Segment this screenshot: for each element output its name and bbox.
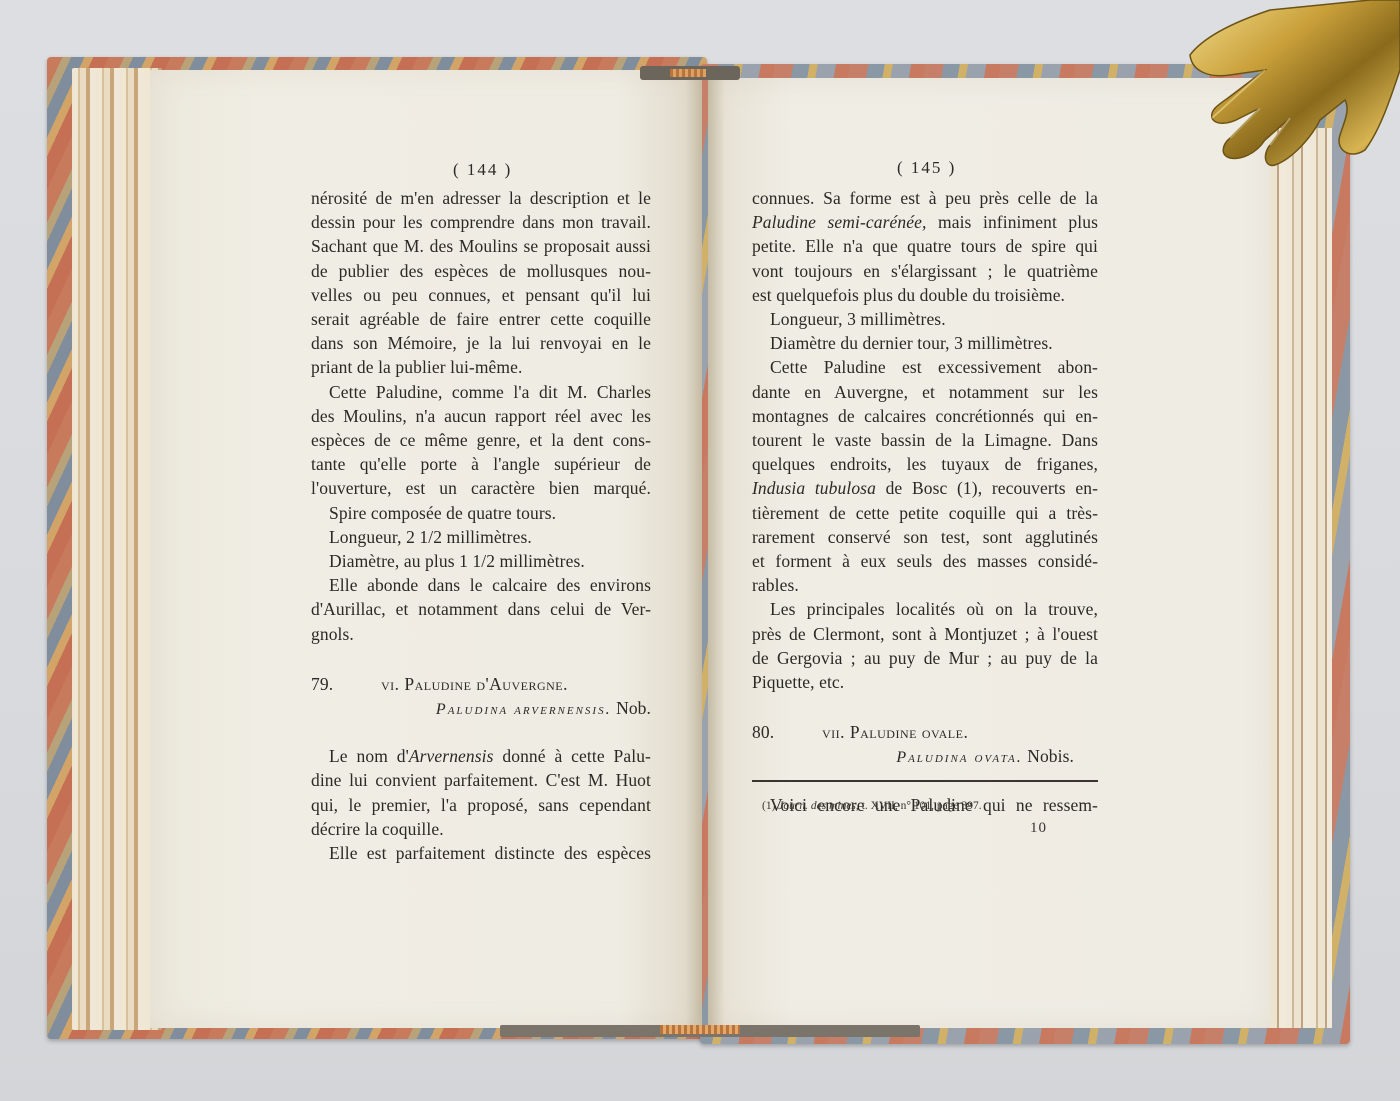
text-line: serait agréable de faire entrer cette co…: [311, 307, 651, 331]
spire-line: Spire composée de quatre tours.: [311, 501, 651, 525]
page-number-left: ( 144 ): [453, 160, 512, 180]
entry-number: 79.: [311, 672, 381, 696]
footnote: (1) Journ. des mines, t. XVII, n° 101, p…: [762, 800, 982, 812]
text-line: Indusia tubulosa de Bosc (1), recouverts…: [752, 476, 1098, 500]
text-line: Les principales localités où on la trouv…: [752, 597, 1098, 621]
text-line: d'Aurillac, et notamment dans celui de V…: [311, 597, 651, 621]
text-line: connues. Sa forme est à peu près celle d…: [752, 186, 1098, 210]
author-abbrev: Nobis.: [1027, 746, 1074, 766]
page-edges-left: [72, 68, 162, 1030]
text-line: Paludine semi-carénée, mais infiniment p…: [752, 210, 1098, 234]
species-name: vii. Paludine ovale.: [822, 720, 968, 744]
page-number-right: ( 145 ): [897, 158, 956, 178]
text-line: Cette Paludine est excessivement abon-: [752, 355, 1098, 379]
text-line: dine lui convient parfaitement. C'est M.…: [311, 768, 651, 792]
latin-name-line: Paludina arvernensis. Nob.: [311, 696, 651, 722]
species-name: vi. Paludine d'Auvergne.: [381, 672, 568, 696]
text-line: tièrement de cette petite coquille qui a…: [752, 501, 1098, 525]
text-line: l'ouverture, est un caractère bien marqu…: [311, 476, 651, 500]
text-line: dante en Auvergne, et notamment sur les: [752, 380, 1098, 404]
text-line: priant de la publier lui-même.: [311, 355, 651, 379]
text-line: Elle abonde dans le calcaire des environ…: [311, 573, 651, 597]
brass-hand-icon: [1170, 0, 1400, 170]
latin-name-line: Paludina ovata. Nobis.: [752, 744, 1098, 770]
text-line: est quelquefois plus du double du troisi…: [752, 283, 1098, 307]
text-line: de publier des espèces de mollusques nou…: [311, 259, 651, 283]
diameter-line: Diamètre du dernier tour, 3 millimètres.: [752, 331, 1098, 355]
length-line: Longueur, 3 millimètres.: [752, 307, 1098, 331]
text-line: espèces de ce même genre, et la dent con…: [311, 428, 651, 452]
text-line: dessin pour les comprendre dans mon trav…: [311, 210, 651, 234]
latin-name: Paludina ovata.: [896, 749, 1022, 766]
text-line: gnols.: [311, 622, 651, 646]
footnote-rule: [752, 780, 1098, 782]
text-line: nérosité de m'en adresser la description…: [311, 186, 651, 210]
species-heading-80: 80. vii. Paludine ovale.: [752, 720, 1098, 744]
text-line: Le nom d'Arvernensis donné à cette Palu-: [311, 744, 651, 768]
text-line: Elle est parfaitement distincte des espè…: [311, 841, 651, 865]
signature-mark: 10: [1030, 820, 1047, 837]
text-line: qui, le premier, l'a proposé, sans cepen…: [311, 793, 651, 817]
latin-name: Paludina arvernensis.: [436, 701, 612, 718]
diameter-line: Diamètre, au plus 1 1/2 millimètres.: [311, 549, 651, 573]
text-line: rarement conservé son test, sont aggluti…: [752, 525, 1098, 549]
text-line: dans son Mémoire, je la lui renvoyai en …: [311, 331, 651, 355]
text-line: Piquette, etc.: [752, 670, 1098, 694]
text-line: des Moulins, n'a aucun rapport réel avec…: [311, 404, 651, 428]
text-line: Cette Paludine, comme l'a dit M. Charles: [311, 380, 651, 404]
text-line: décrire la coquille.: [311, 817, 651, 841]
text-line: petite. Elle n'a que quatre tours de spi…: [752, 234, 1098, 258]
text-line: quelques endroits, les tuyaux de frigane…: [752, 452, 1098, 476]
text-line: près de Clermont, sont à Montjuzet ; à l…: [752, 622, 1098, 646]
spine-headband-bottom: [500, 1025, 920, 1037]
text-line: montagnes de calcaires concrétionnés qui…: [752, 404, 1098, 428]
author-abbrev: Nob.: [616, 698, 651, 718]
text-line: vont toujours en s'élargissant ; le quat…: [752, 259, 1098, 283]
text-line: velles ou peu connues, et pensant qu'il …: [311, 283, 651, 307]
species-heading-79: 79. vi. Paludine d'Auvergne.: [311, 672, 651, 696]
text-line: de Gergovia ; au puy de Mur ; au puy de …: [752, 646, 1098, 670]
right-page-text: connues. Sa forme est à peu près celle d…: [752, 186, 1098, 817]
length-line: Longueur, 2 1/2 millimètres.: [311, 525, 651, 549]
page-edges-right: [1262, 128, 1332, 1028]
text-line: tourent le vaste bassin de la Limagne. D…: [752, 428, 1098, 452]
left-page-text: nérosité de m'en adresser la description…: [311, 186, 651, 865]
text-line: rables.: [752, 573, 1098, 597]
text-line: Sachant que M. des Moulins se proposait …: [311, 234, 651, 258]
entry-number: 80.: [752, 720, 822, 744]
text-line: tante qu'elle porte à l'angle supérieur …: [311, 452, 651, 476]
spine-headband-top: [640, 66, 740, 80]
open-book: ( 144 ) nérosité de m'en adresser la des…: [0, 0, 1400, 1101]
text-line: et forment à eux seuls des masses consid…: [752, 549, 1098, 573]
